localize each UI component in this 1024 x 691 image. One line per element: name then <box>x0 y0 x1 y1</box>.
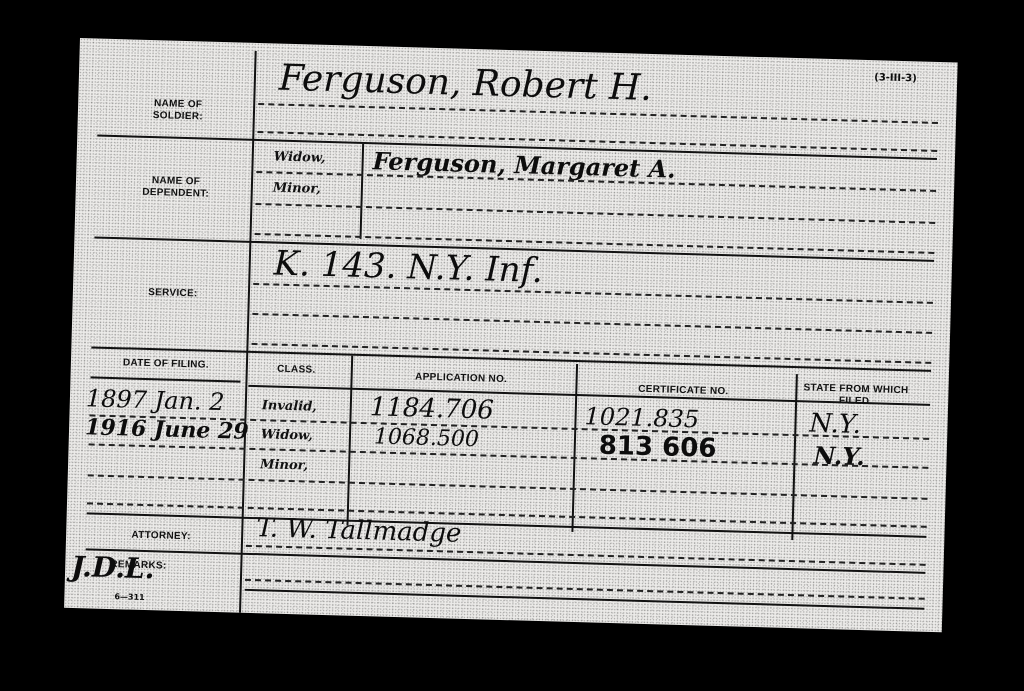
rule <box>89 443 929 468</box>
label-attorney: ATTORNEY: <box>101 529 221 544</box>
attorney-name: T. W. Tallmadge <box>256 513 462 549</box>
label-name-of-soldier: NAME OF SOLDIER: <box>128 97 229 124</box>
dependent-divider <box>360 144 365 239</box>
header-rule <box>90 376 240 382</box>
certificate-no: 813 606 <box>598 431 716 464</box>
rule <box>253 283 933 304</box>
label-name-of-dependent: NAME OF DEPENDENT: <box>121 174 232 201</box>
remarks-handwriting: J.D.L. <box>71 550 155 585</box>
state: N.Y. <box>813 441 865 471</box>
section-divider <box>245 589 925 610</box>
class-label: Invalid, <box>262 398 317 415</box>
filing-date: 1916 June 29 <box>85 414 249 445</box>
rule <box>255 203 935 224</box>
pension-index-card: (3-III-3) NAME OF SOLDIER: Ferguson, Rob… <box>64 38 958 632</box>
label-class: CLASS. <box>249 363 344 378</box>
rule <box>88 474 928 499</box>
class-label: Widow, <box>261 427 313 443</box>
application-no: 1068.500 <box>374 424 480 452</box>
label-date-of-filing: DATE OF FILING. <box>91 356 241 372</box>
rule <box>245 579 925 600</box>
filing-row-minor: Minor, <box>80 38 958 63</box>
column-divider <box>791 374 798 540</box>
form-code: (3-III-3) <box>874 72 917 84</box>
label-column-divider <box>239 51 257 613</box>
soldier-name: Ferguson, Robert H. <box>278 58 652 109</box>
class-label: Minor, <box>260 457 308 473</box>
label-dependent-widow: Widow, <box>274 149 326 165</box>
state: N.Y. <box>809 409 861 440</box>
filing-date: 1897 Jan. 2 <box>86 384 225 416</box>
label-state-from-which-filed: STATE FROM WHICH FILED. <box>798 382 914 409</box>
label-dependent-minor: Minor, <box>273 180 321 196</box>
column-divider <box>346 356 353 526</box>
certificate-no: 1021.835 <box>584 402 699 433</box>
form-number: 6—311 <box>114 592 145 602</box>
rule <box>252 313 932 334</box>
label-application-no: APPLICATION NO. <box>354 370 569 388</box>
label-service: SERVICE: <box>123 286 223 301</box>
column-divider <box>571 364 578 532</box>
application-no: 1184.706 <box>369 392 494 425</box>
filing-row-invalid: 1897 Jan. 2 Invalid, 1184.706 1021.835 N… <box>80 38 958 63</box>
filing-row-widow: 1916 June 29 Widow, 1068.500 813 606 N.Y… <box>80 38 958 63</box>
